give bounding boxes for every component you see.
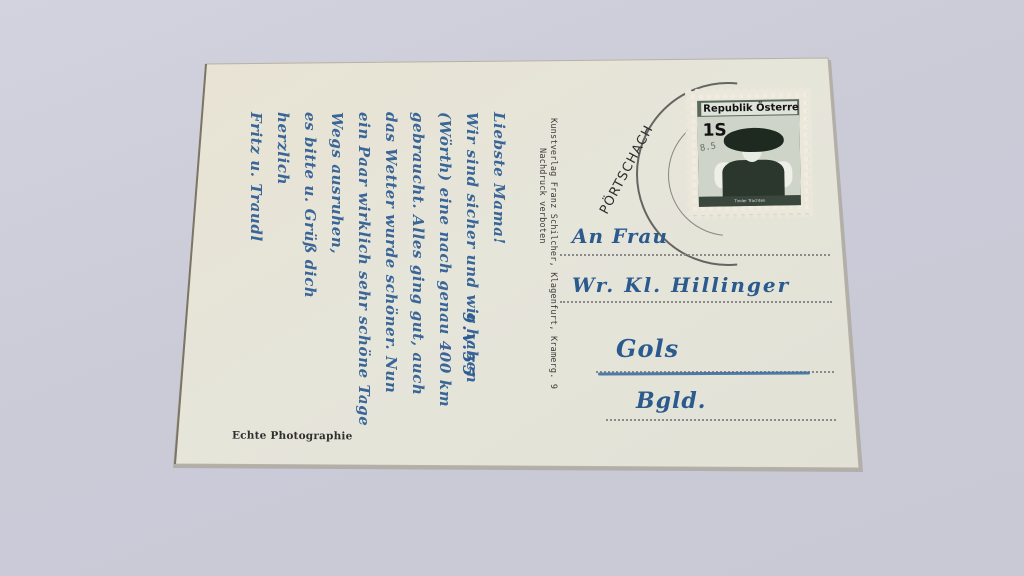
address-line-4: Bgld. (636, 388, 706, 414)
address-line-1: An Frau (572, 224, 668, 248)
address-line-2: Wr. Kl. Hillinger (572, 273, 790, 297)
handwritten-message: Liebste Mama! Wir sind sicher und wir ha… (242, 112, 512, 432)
publisher-line: Kunstverlag Franz Schilcher, Klagenfurt,… (547, 118, 558, 388)
message-line: das Wetter wurde schöner. Nun (377, 112, 404, 432)
address-rule (606, 419, 836, 421)
message-line: ein Paar wirklich sehr schöne Tage (350, 112, 377, 432)
address-rule (560, 301, 832, 303)
message-line: (Wörth) eine nach genau 400 km (431, 112, 458, 432)
message-line: herzlich (269, 112, 296, 432)
message-line: gebraucht. Alles ging gut, auch (404, 112, 431, 432)
stamp-country: Republik Österreich (701, 101, 797, 116)
postcard-back (0, 0, 1024, 576)
reprint-notice: Nachdruck verboten (536, 118, 547, 388)
message-line: Wir sind sicher und wir haben (458, 112, 485, 432)
stamp-value: 1S (702, 120, 726, 140)
message-line: Wegs ausruhen, (323, 112, 350, 432)
stamp-image: Republik Österreich 1S Tiroler Trachten (697, 99, 801, 207)
message-line: Fritz u. Traudl (242, 112, 269, 432)
publisher-imprint: Kunstverlag Franz Schilcher, Klagenfurt,… (536, 118, 558, 388)
stamp-caption: Tiroler Trachten (699, 195, 801, 207)
message-date: 9.V.55 (459, 312, 478, 378)
address-line-3: Gols (616, 334, 679, 363)
postage-stamp: Republik Österreich 1S Tiroler Trachten … (689, 91, 809, 215)
postcard: Kunstverlag Franz Schilcher, Klagenfurt,… (0, 0, 1024, 576)
address-rule (560, 254, 830, 256)
message-line: es bitte u. Grüß dich (296, 112, 323, 432)
message-line: Liebste Mama! (485, 112, 512, 432)
stamp-figure-hat-icon (724, 127, 784, 152)
stamp-figure-bodice (722, 159, 785, 200)
